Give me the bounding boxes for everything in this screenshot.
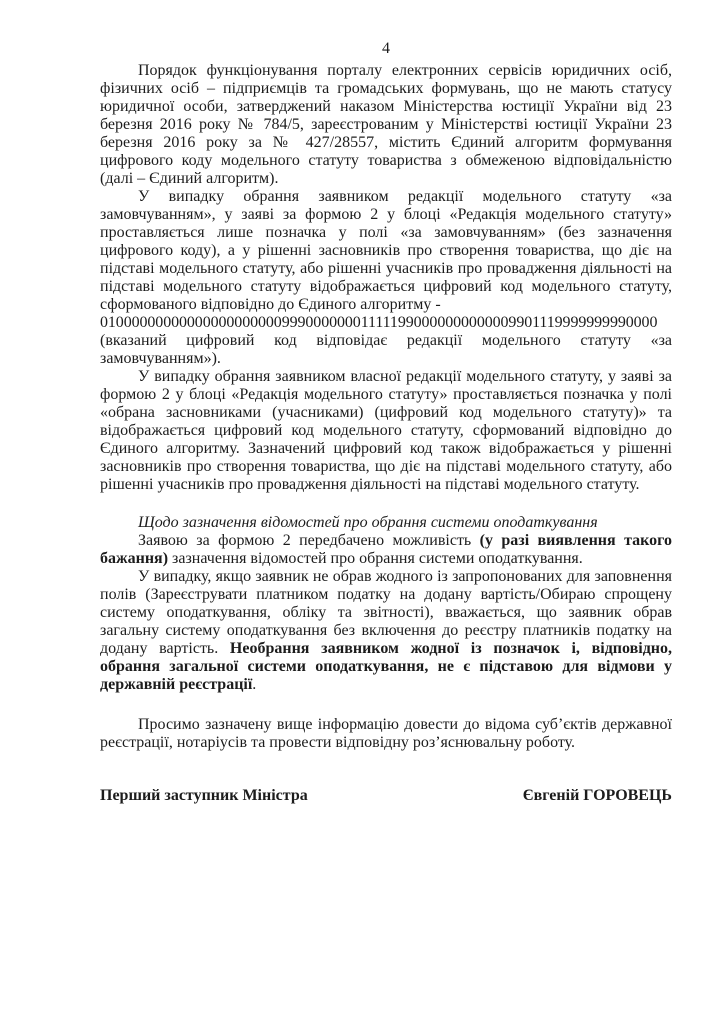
text-run: Заявою за формою 2 передбачено можливіст… (138, 532, 480, 549)
paragraph-request: Просимо зазначену вище інформацію довест… (100, 716, 672, 752)
text-run: зазначення відомостей про обрання систем… (168, 550, 583, 567)
paragraph-tax-default: У випадку, якщо заявник не обрав жодного… (100, 568, 672, 694)
model-statute-code: 0100000000000000000000099900000001111199… (100, 314, 672, 332)
paragraph-tax-option: Заявою за формою 2 передбачено можливіст… (100, 532, 672, 568)
paragraph-own-statute: У випадку обрання заявником власної реда… (100, 368, 672, 494)
signature-block: Перший заступник Міністра Євгеній ГОРОВЕ… (100, 787, 672, 805)
text-run: . (252, 676, 256, 693)
paragraph-code-note: (вказаний цифровий код відповідає редакц… (100, 332, 672, 368)
paragraph-default-statute: У випадку обрання заявником редакції мод… (100, 188, 672, 314)
paragraph-portal-procedure: Порядок функціонування порталу електронн… (100, 62, 672, 188)
page-number: 4 (100, 40, 672, 58)
signature-title: Перший заступник Міністра (100, 787, 308, 805)
document-page: 4 Порядок функціонування порталу електро… (0, 0, 725, 1024)
signature-name: Євгеній ГОРОВЕЦЬ (523, 787, 672, 805)
section-heading-taxation: Щодо зазначення відомостей про обрання с… (100, 514, 672, 532)
